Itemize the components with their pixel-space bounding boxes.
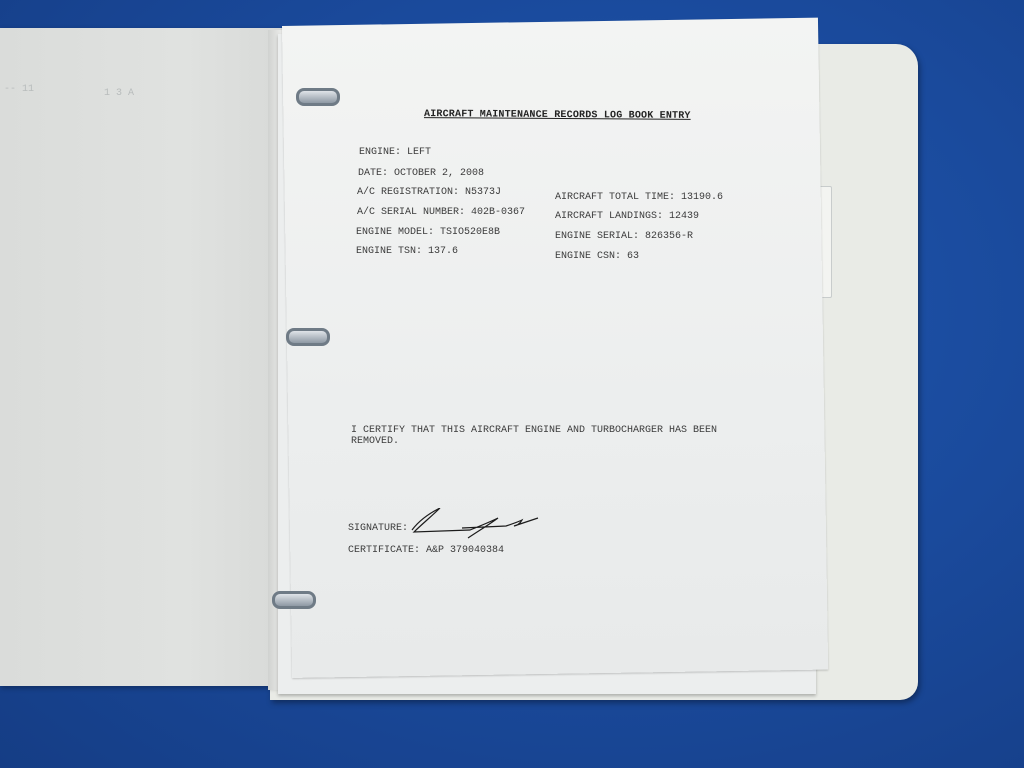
field-total-time: AIRCRAFT TOTAL TIME: 13190.6 xyxy=(555,192,723,203)
field-registration: A/C REGISTRATION: N5373J xyxy=(357,187,501,198)
field-label: ENGINE SERIAL: xyxy=(555,231,639,242)
faint-mark: 1 3 A xyxy=(104,88,134,99)
field-engine: ENGINE: LEFT xyxy=(359,147,431,158)
signature-scribble xyxy=(410,508,550,544)
field-value: OCTOBER 2, 2008 xyxy=(394,168,484,179)
field-label: AIRCRAFT LANDINGS: xyxy=(555,211,663,222)
field-label: A/C SERIAL NUMBER: xyxy=(357,207,465,218)
field-label: A/C REGISTRATION: xyxy=(357,187,459,198)
field-landings: AIRCRAFT LANDINGS: 12439 xyxy=(555,211,699,222)
field-value: TSIO520E8B xyxy=(440,227,500,238)
field-value: 13190.6 xyxy=(681,192,723,203)
field-label: ENGINE MODEL: xyxy=(356,227,434,238)
field-serial-number: A/C SERIAL NUMBER: 402B-0367 xyxy=(357,207,525,218)
field-label: ENGINE CSN: xyxy=(555,251,621,262)
faint-mark: -- 11 xyxy=(4,84,34,95)
binder-ring-top xyxy=(296,88,340,106)
field-value: LEFT xyxy=(407,147,431,158)
field-value: N5373J xyxy=(465,187,501,198)
field-value: 137.6 xyxy=(428,246,458,257)
field-value: 12439 xyxy=(669,211,699,222)
field-label: DATE: xyxy=(358,168,388,179)
field-date: DATE: OCTOBER 2, 2008 xyxy=(358,168,484,179)
field-engine-csn: ENGINE CSN: 63 xyxy=(555,251,639,262)
document-title: AIRCRAFT MAINTENANCE RECORDS LOG BOOK EN… xyxy=(424,109,691,122)
field-value: 63 xyxy=(627,251,639,262)
field-value: 826356-R xyxy=(645,231,693,242)
certificate-value: A&P 379040384 xyxy=(426,545,504,556)
field-label: ENGINE: xyxy=(359,147,401,158)
field-engine-model: ENGINE MODEL: TSIO520E8B xyxy=(356,227,500,238)
field-value: 402B-0367 xyxy=(471,207,525,218)
certification-statement: I CERTIFY THAT THIS AIRCRAFT ENGINE AND … xyxy=(351,425,751,447)
field-label: ENGINE TSN: xyxy=(356,246,422,257)
certificate-label: CERTIFICATE: xyxy=(348,545,420,556)
field-label: AIRCRAFT TOTAL TIME: xyxy=(555,192,675,203)
field-engine-tsn: ENGINE TSN: 137.6 xyxy=(356,246,458,257)
signature-label: SIGNATURE: xyxy=(348,523,408,534)
binder-left-cover: -- 11 1 3 A xyxy=(0,28,306,686)
field-engine-serial: ENGINE SERIAL: 826356-R xyxy=(555,231,693,242)
binder-ring-bottom xyxy=(272,591,316,609)
certificate-line: CERTIFICATE: A&P 379040384 xyxy=(348,545,504,556)
binder-ring-middle xyxy=(286,328,330,346)
